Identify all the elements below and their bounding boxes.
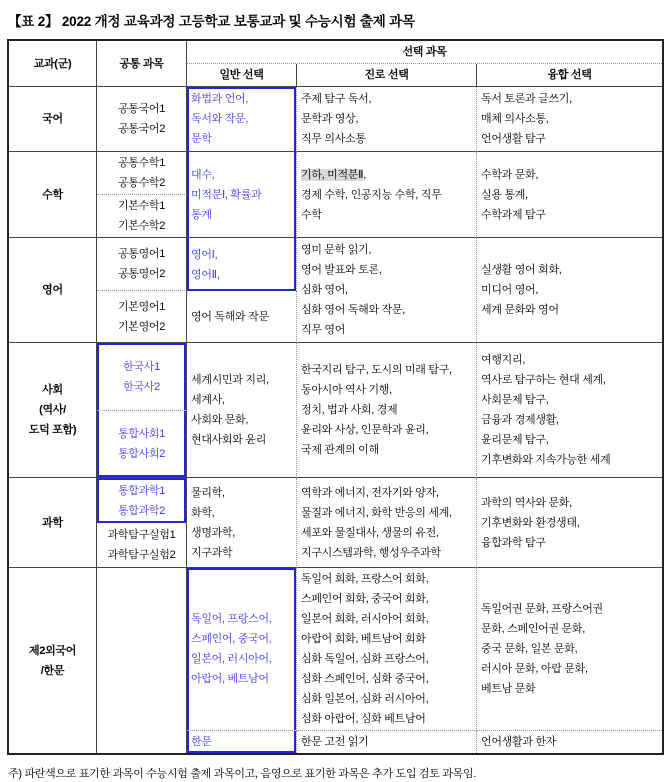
cell-social-common-b: 통합사회1 통합사회2 (97, 411, 187, 478)
cell-lang2-general-b: 한문 (187, 731, 297, 753)
cell-social-career: 한국지리 탐구, 도시의 미래 탐구, 동아시아 역사 기행, 정치, 법과 사… (297, 343, 477, 478)
cell-math-general: 대수, 미적분Ⅰ, 확률과 통계 (187, 152, 297, 238)
document-page: 【표 2】 2022 개정 교육과정 고등학교 보통교과 및 수능시험 출제 과… (0, 0, 668, 781)
header-row-1: 교과(군) 공통 과목 선택 과목 (9, 41, 662, 64)
cell-korean-career: 주제 탐구 독서, 문학과 영상, 직무 의사소통 (297, 87, 477, 152)
cell-english-career: 영미 문학 읽기, 영어 발표와 토론, 심화 영어, 심화 영어 독해와 작문… (297, 238, 477, 343)
cell-science-career: 역학과 에너지, 전자기와 양자, 물질과 에너지, 화학 반응의 세계, 세포… (297, 478, 477, 568)
cell-social-group: 사회 (역사/ 도덕 포함) (9, 343, 97, 478)
cell-science-common-b: 과학탐구실험1 과학탐구실험2 (97, 523, 187, 568)
review-shaded-subjects: 기하, 미적분Ⅱ (301, 169, 363, 181)
cell-lang2-career-a: 독일어 회화, 프랑스어 회화, 스페인어 회화, 중국어 회화, 일본어 회화… (297, 568, 477, 731)
cell-social-common-a: 한국사1 한국사2 (97, 343, 187, 411)
footnote: 주) 파란색으로 표기한 과목이 수능시험 출제 과목이고, 음영으로 표기한 … (7, 755, 661, 781)
cell-lang2-group: 제2외국어 /한문 (9, 568, 97, 753)
cell-math-fusion: 수학과 문화, 실용 통계, 수학과제 탐구 (477, 152, 662, 238)
cell-korean-common: 공통국어1 공통국어2 (97, 87, 187, 152)
cell-lang2-fusion-b: 언어생활과 한자 (477, 731, 662, 753)
cell-korean-fusion: 독서 토론과 글쓰기, 매체 의사소통, 언어생활 탐구 (477, 87, 662, 152)
row-science-a: 과학 통합과학1 통합과학2 물리학, 화학, 생명과학, 지구과학 역학과 에… (9, 478, 662, 523)
header-general-elective: 일반 선택 (187, 64, 297, 87)
cell-english-fusion: 실생활 영어 회화, 미디어 영어, 세계 문화와 영어 (477, 238, 662, 343)
curriculum-table: 교과(군) 공통 과목 선택 과목 일반 선택 진로 선택 융합 선택 국어 공… (7, 39, 664, 755)
cell-english-group: 영어 (9, 238, 97, 343)
cell-science-general: 물리학, 화학, 생명과학, 지구과학 (187, 478, 297, 568)
row-korean: 국어 공통국어1 공통국어2 화법과 언어, 독서와 작문, 문학 주제 탐구 … (9, 87, 662, 152)
cell-lang2-career-b: 한문 고전 읽기 (297, 731, 477, 753)
cell-math-common-a: 공통수학1 공통수학2 (97, 152, 187, 195)
cell-english-general-b: 영어 독해와 작문 (187, 291, 297, 343)
page-title: 【표 2】 2022 개정 교육과정 고등학교 보통교과 및 수능시험 출제 과… (7, 8, 661, 39)
cell-lang2-fusion-a: 독일어권 문화, 프랑스어권 문화, 스페인어권 문화, 중국 문화, 일본 문… (477, 568, 662, 731)
cell-math-common-b: 기본수학1 기본수학2 (97, 195, 187, 238)
header-career-elective: 진로 선택 (297, 64, 477, 87)
row-social-a: 사회 (역사/ 도덕 포함) 한국사1 한국사2 세계시민과 지리, 세계사, … (9, 343, 662, 411)
cell-korean-general: 화법과 언어, 독서와 작문, 문학 (187, 87, 297, 152)
header-subject-group: 교과(군) (9, 41, 97, 87)
row-math-a: 수학 공통수학1 공통수학2 대수, 미적분Ⅰ, 확률과 통계 기하, 미적분Ⅱ… (9, 152, 662, 195)
header-elective-subjects: 선택 과목 (187, 41, 662, 64)
cell-korean-group: 국어 (9, 87, 97, 152)
cell-social-fusion: 여행지리, 역사로 탐구하는 현대 세계, 사회문제 탐구, 금융과 경제생활,… (477, 343, 662, 478)
header-common-subjects: 공통 과목 (97, 41, 187, 87)
row-english-a: 영어 공통영어1 공통영어2 영어Ⅰ, 영어Ⅱ, 영미 문학 읽기, 영어 발표… (9, 238, 662, 291)
cell-math-group: 수학 (9, 152, 97, 238)
cell-lang2-common-empty (97, 568, 187, 753)
cell-english-general-a: 영어Ⅰ, 영어Ⅱ, (187, 238, 297, 291)
cell-english-common-a: 공통영어1 공통영어2 (97, 238, 187, 291)
cell-lang2-general-a: 독일어, 프랑스어, 스페인어, 중국어, 일본어, 러시아어, 아랍어, 베트… (187, 568, 297, 731)
header-fusion-elective: 융합 선택 (477, 64, 662, 87)
cell-english-common-b: 기본영어1 기본영어2 (97, 291, 187, 343)
cell-science-fusion: 과학의 역사와 문화, 기후변화와 환경생태, 융합과학 탐구 (477, 478, 662, 568)
cell-science-common-a: 통합과학1 통합과학2 (97, 478, 187, 523)
row-lang2-a: 제2외국어 /한문 독일어, 프랑스어, 스페인어, 중국어, 일본어, 러시아… (9, 568, 662, 731)
cell-math-career: 기하, 미적분Ⅱ, 경제 수학, 인공지능 수학, 직무 수학 (297, 152, 477, 238)
cell-science-group: 과학 (9, 478, 97, 568)
cell-social-general: 세계시민과 지리, 세계사, 사회와 문화, 현대사회와 윤리 (187, 343, 297, 478)
